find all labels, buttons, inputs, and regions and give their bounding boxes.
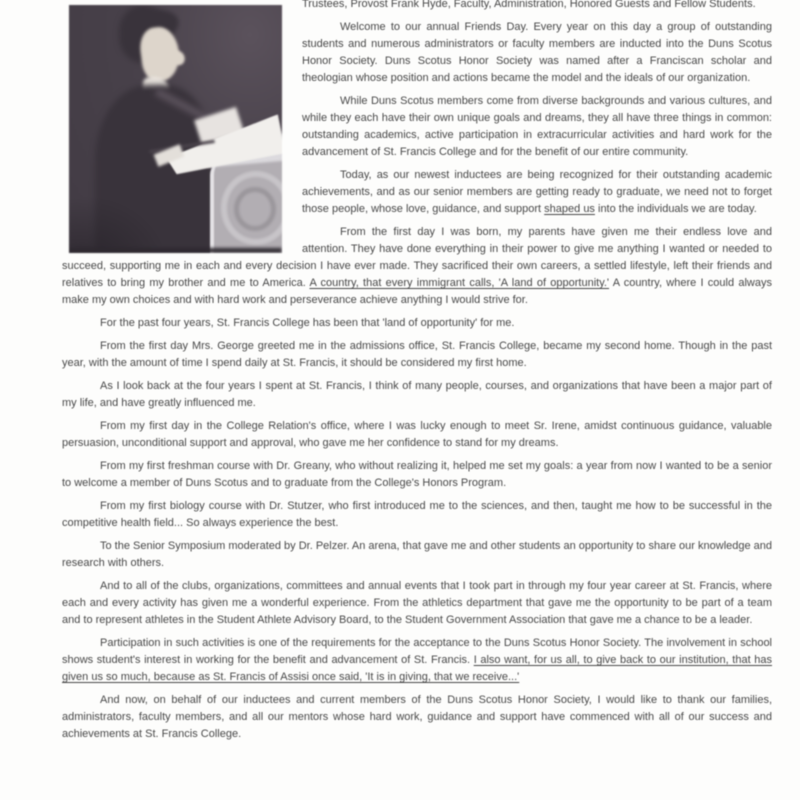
text-segment: Welcome to our annual Friends Day. Every…: [302, 21, 772, 84]
text-segment: And to all of the clubs, organizations, …: [62, 580, 772, 626]
underlined-phrase: A country, that every immigrant calls, '…: [309, 277, 609, 289]
text-segment: From my first day in the College Relatio…: [62, 420, 772, 449]
paragraph: And now, on behalf of our inductees and …: [62, 692, 772, 743]
speech-text-block: Trustees, Provost Frank Hyde, Faculty, A…: [62, 0, 772, 749]
paragraph: From my first freshman course with Dr. G…: [62, 458, 772, 492]
podium-emblem-inner-ring: [234, 187, 276, 231]
paragraph: From the first day Mrs. George greeted m…: [62, 338, 772, 372]
paragraph: And to all of the clubs, organizations, …: [62, 578, 772, 629]
paragraph: To the Senior Symposium moderated by Dr.…: [62, 538, 772, 572]
photo-shadow: [69, 195, 169, 253]
paragraph: For the past four years, St. Francis Col…: [62, 315, 772, 332]
text-segment: into the individuals we are today.: [595, 203, 757, 215]
photo-bottom-edge: [69, 248, 282, 253]
speaker-at-podium-photo: [69, 5, 282, 253]
text-segment: While Duns Scotus members come from dive…: [302, 95, 772, 158]
paragraph: As I look back at the four years I spent…: [62, 378, 772, 412]
text-segment: To the Senior Symposium moderated by Dr.…: [62, 540, 772, 569]
underlined-phrase: shaped us: [544, 203, 595, 215]
text-segment: From my first biology course with Dr. St…: [62, 500, 772, 529]
paragraph: From my first biology course with Dr. St…: [62, 498, 772, 532]
text-segment: From the first day Mrs. George greeted m…: [62, 340, 772, 369]
text-segment: And now, on behalf of our inductees and …: [62, 694, 772, 740]
paragraph: From my first day in the College Relatio…: [62, 418, 772, 452]
scanned-document-page: Trustees, Provost Frank Hyde, Faculty, A…: [0, 0, 800, 800]
paragraph: Participation in such activities is one …: [62, 635, 772, 686]
text-segment: From my first freshman course with Dr. G…: [62, 460, 772, 489]
text-segment: For the past four years, St. Francis Col…: [100, 317, 514, 329]
text-segment: As I look back at the four years I spent…: [62, 380, 772, 409]
text-segment: Trustees, Provost Frank Hyde, Faculty, A…: [302, 0, 756, 10]
